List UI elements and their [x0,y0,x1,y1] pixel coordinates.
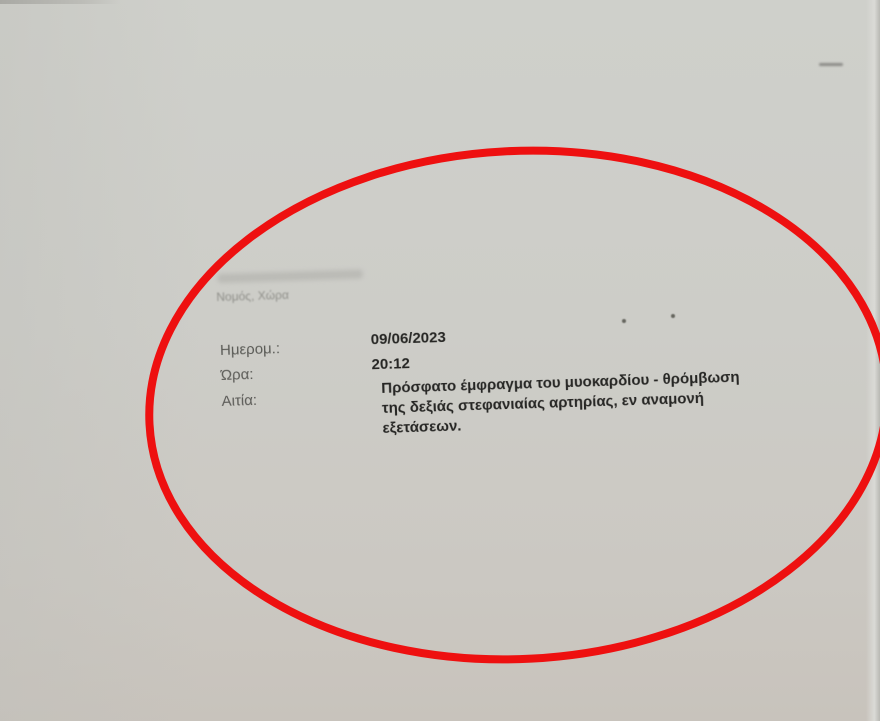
red-highlight-ellipse [0,0,880,721]
